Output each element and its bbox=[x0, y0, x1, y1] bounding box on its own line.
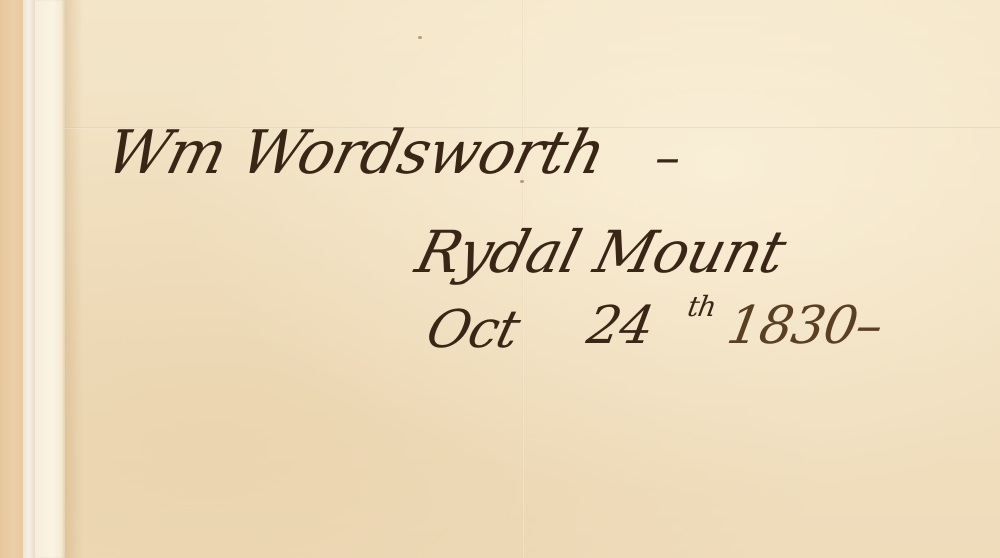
signature-dash: – bbox=[655, 128, 679, 186]
date-year: 1830– bbox=[723, 296, 887, 356]
signature: Wm Wordsworth bbox=[99, 118, 612, 188]
date-month: Oct bbox=[421, 300, 526, 360]
place-line: Rydal Mount bbox=[410, 218, 792, 286]
ink-spot bbox=[418, 36, 422, 39]
mat-bevel bbox=[23, 0, 35, 558]
date-day-suffix: th bbox=[685, 290, 718, 323]
mat-border bbox=[0, 0, 23, 558]
date-day: 24 bbox=[583, 296, 658, 356]
frame-strip bbox=[35, 0, 65, 558]
